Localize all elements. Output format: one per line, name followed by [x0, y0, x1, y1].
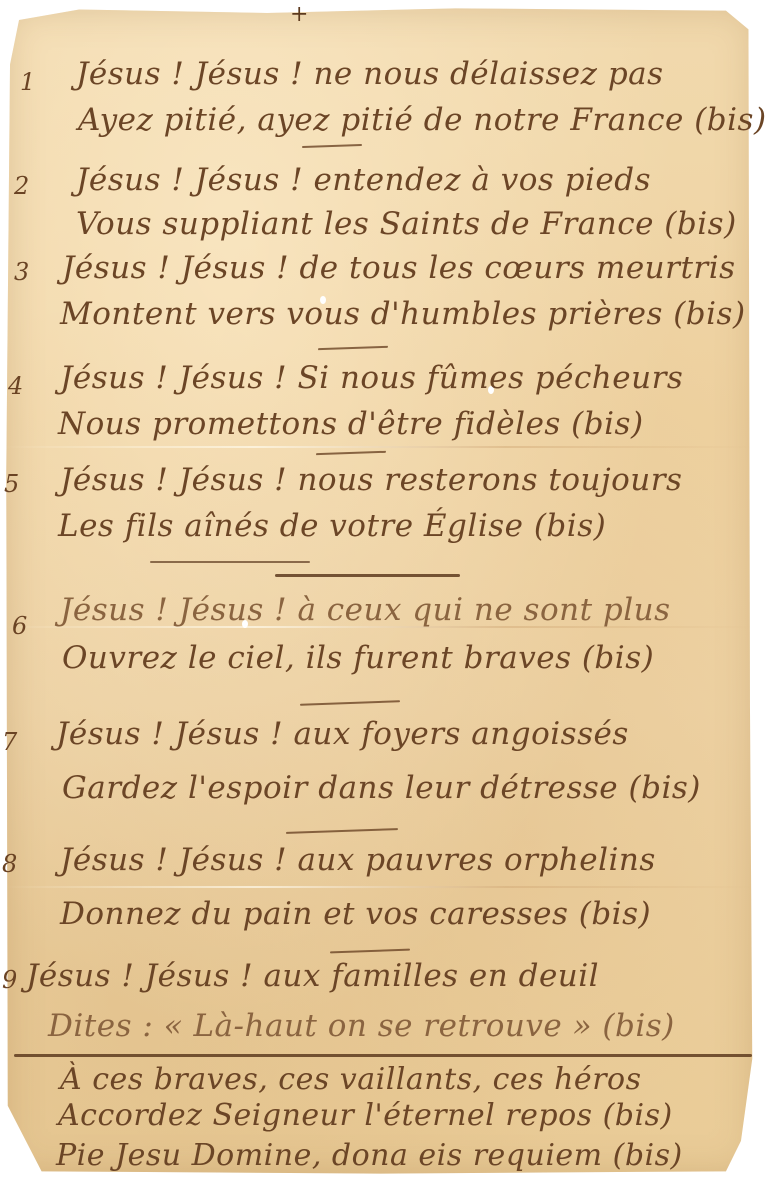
verse-line: Gardez l'espoir dans leur détresse (bis)	[62, 770, 701, 806]
verse-number: 4	[8, 372, 24, 400]
verse-line: Jésus ! Jésus ! de tous les cœurs meurtr…	[62, 250, 736, 286]
section-divider	[275, 574, 460, 577]
refrain-line: Accordez Seigneur l'éternel repos (bis)	[58, 1098, 673, 1133]
paper-fold	[4, 886, 756, 888]
verse-line: Nous promettons d'être fidèles (bis)	[58, 406, 644, 442]
verse-line: Ayez pitié, ayez pitié de notre France (…	[78, 102, 767, 138]
verse-line: Jésus ! Jésus ! à ceux qui ne sont plus	[60, 592, 671, 628]
verse-number: 9	[2, 966, 18, 994]
underline-rule	[150, 561, 310, 563]
verse-line: Jésus ! Jésus ! nous resterons toujours	[60, 462, 682, 498]
verse-line: Jésus ! Jésus ! aux pauvres orphelins	[60, 842, 656, 878]
verse-number: 1	[20, 68, 36, 96]
refrain-line: Pie Jesu Domine, dona eis requiem (bis)	[56, 1138, 683, 1173]
verse-line: Jésus ! Jésus ! aux foyers angoissés	[56, 716, 629, 752]
paper-fold	[4, 446, 756, 448]
verse-number: 8	[2, 850, 18, 878]
verse-line: Jésus ! Jésus ! ne nous délaissez pas	[76, 56, 664, 92]
verse-line: Ouvrez le ciel, ils furent braves (bis)	[62, 640, 654, 676]
verse-line: Donnez du pain et vos caresses (bis)	[60, 896, 651, 932]
cross-mark: +	[290, 2, 308, 27]
verse-line: Jésus ! Jésus ! entendez à vos pieds	[76, 162, 651, 198]
verse-line: Dites : « Là-haut on se retrouve » (bis)	[48, 1008, 675, 1044]
verse-line: Jésus ! Jésus ! Si nous fûmes pécheurs	[60, 360, 683, 396]
refrain-line: À ces braves, ces vaillants, ces héros	[60, 1062, 642, 1097]
verse-number: 2	[14, 172, 30, 200]
verse-line: Les fils aînés de votre Église (bis)	[58, 508, 606, 544]
verse-number: 5	[4, 470, 20, 498]
verse-number: 6	[12, 612, 28, 640]
verse-line: Vous suppliant les Saints de France (bis…	[76, 206, 737, 242]
verse-number: 7	[2, 728, 18, 756]
verse-line: Montent vers vous d'humbles prières (bis…	[60, 296, 746, 332]
verse-number: 3	[14, 258, 30, 286]
verse-line: Jésus ! Jésus ! aux familles en deuil	[26, 958, 599, 994]
section-divider	[14, 1054, 752, 1057]
